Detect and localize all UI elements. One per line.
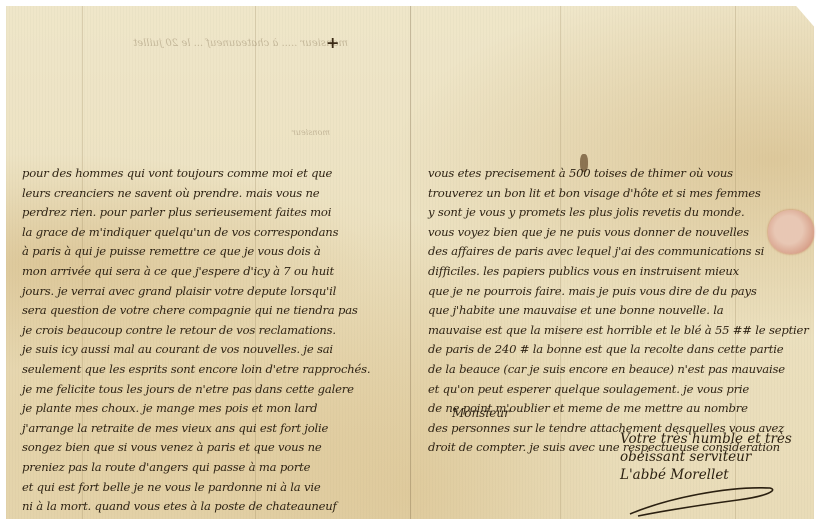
- text-line: et qui est fort belle je ne vous le pard…: [22, 478, 402, 498]
- text-line: preniez pas la route d'angers qui passe …: [22, 458, 402, 478]
- text-line: mauvaise est que la misere est horrible …: [428, 321, 808, 341]
- text-line: trouverez un bon lit et bon visage d'hôt…: [428, 184, 808, 204]
- text-line: que j'habite une mauvaise et une bonne n…: [428, 301, 808, 321]
- text-line: que je ne pourrois faire. mais je puis v…: [428, 282, 808, 302]
- text-line: y sont je vous y promets les plus jolis …: [428, 203, 808, 223]
- text-line: songez bien que si vous venez à paris et…: [22, 438, 402, 458]
- wax-seal: [768, 210, 814, 254]
- text-line: seulement que les esprits sont encore lo…: [22, 360, 402, 380]
- text-line: jours. je verrai avec grand plaisir votr…: [22, 282, 402, 302]
- text-line: à paris à qui je puisse remettre ce que …: [22, 242, 402, 262]
- text-line: difficiles. les papiers publics vous en …: [428, 262, 808, 282]
- text-line: j'arrange la retraite de mes vieux ans q…: [22, 419, 402, 439]
- text-line: vous voyez bien que je ne puis vous donn…: [428, 223, 808, 243]
- text-line: sera question de votre chere compagnie q…: [22, 301, 402, 321]
- text-line: ni à la mort. quand vous etes à la poste…: [22, 497, 402, 517]
- signature-flourish-icon: [628, 478, 778, 518]
- center-fold: [410, 6, 411, 519]
- text-line: vous etes precisement à 500 toises de th…: [428, 164, 808, 184]
- text-line: et qu'on peut esperer quelque soulagemen…: [428, 380, 808, 400]
- signature-line: obeissant serviteur: [620, 448, 792, 466]
- bleed-through-small: monsieur: [292, 128, 330, 137]
- text-line: je crois beaucoup contre le retour de vo…: [22, 321, 402, 341]
- text-line: de paris de 240 # la bonne est que la re…: [428, 340, 808, 360]
- text-line: je me felicite tous les jours de n'etre …: [22, 380, 402, 400]
- signature-block: Votre très humble et très obeissant serv…: [620, 430, 792, 484]
- text-line: je plante mes choux. je mange mes pois e…: [22, 399, 402, 419]
- text-line: pour des hommes qui vont toujours comme …: [22, 164, 402, 184]
- left-column-text: pour des hommes qui vont toujours comme …: [22, 164, 402, 517]
- text-line: mon arrivée qui sera à ce que j'espere d…: [22, 262, 402, 282]
- text-line: des affaires de paris avec lequel j'ai d…: [428, 242, 808, 262]
- text-line: la grace de m'indiquer quelqu'un de vos …: [22, 223, 402, 243]
- text-line: leurs creanciers ne savent où prendre. m…: [22, 184, 402, 204]
- text-line: je suis icy aussi mal au courant de vos …: [22, 340, 402, 360]
- text-line: de la beauce (car je suis encore en beau…: [428, 360, 808, 380]
- ink-mark-icon: +: [326, 36, 336, 50]
- signature-line: Votre très humble et très: [620, 430, 792, 448]
- salutation: Monsieur: [452, 406, 510, 420]
- bleed-through-address: monsieur ..... à chateauneuf ... le 20 j…: [18, 38, 348, 49]
- text-line: perdrez rien. pour parler plus serieusem…: [22, 203, 402, 223]
